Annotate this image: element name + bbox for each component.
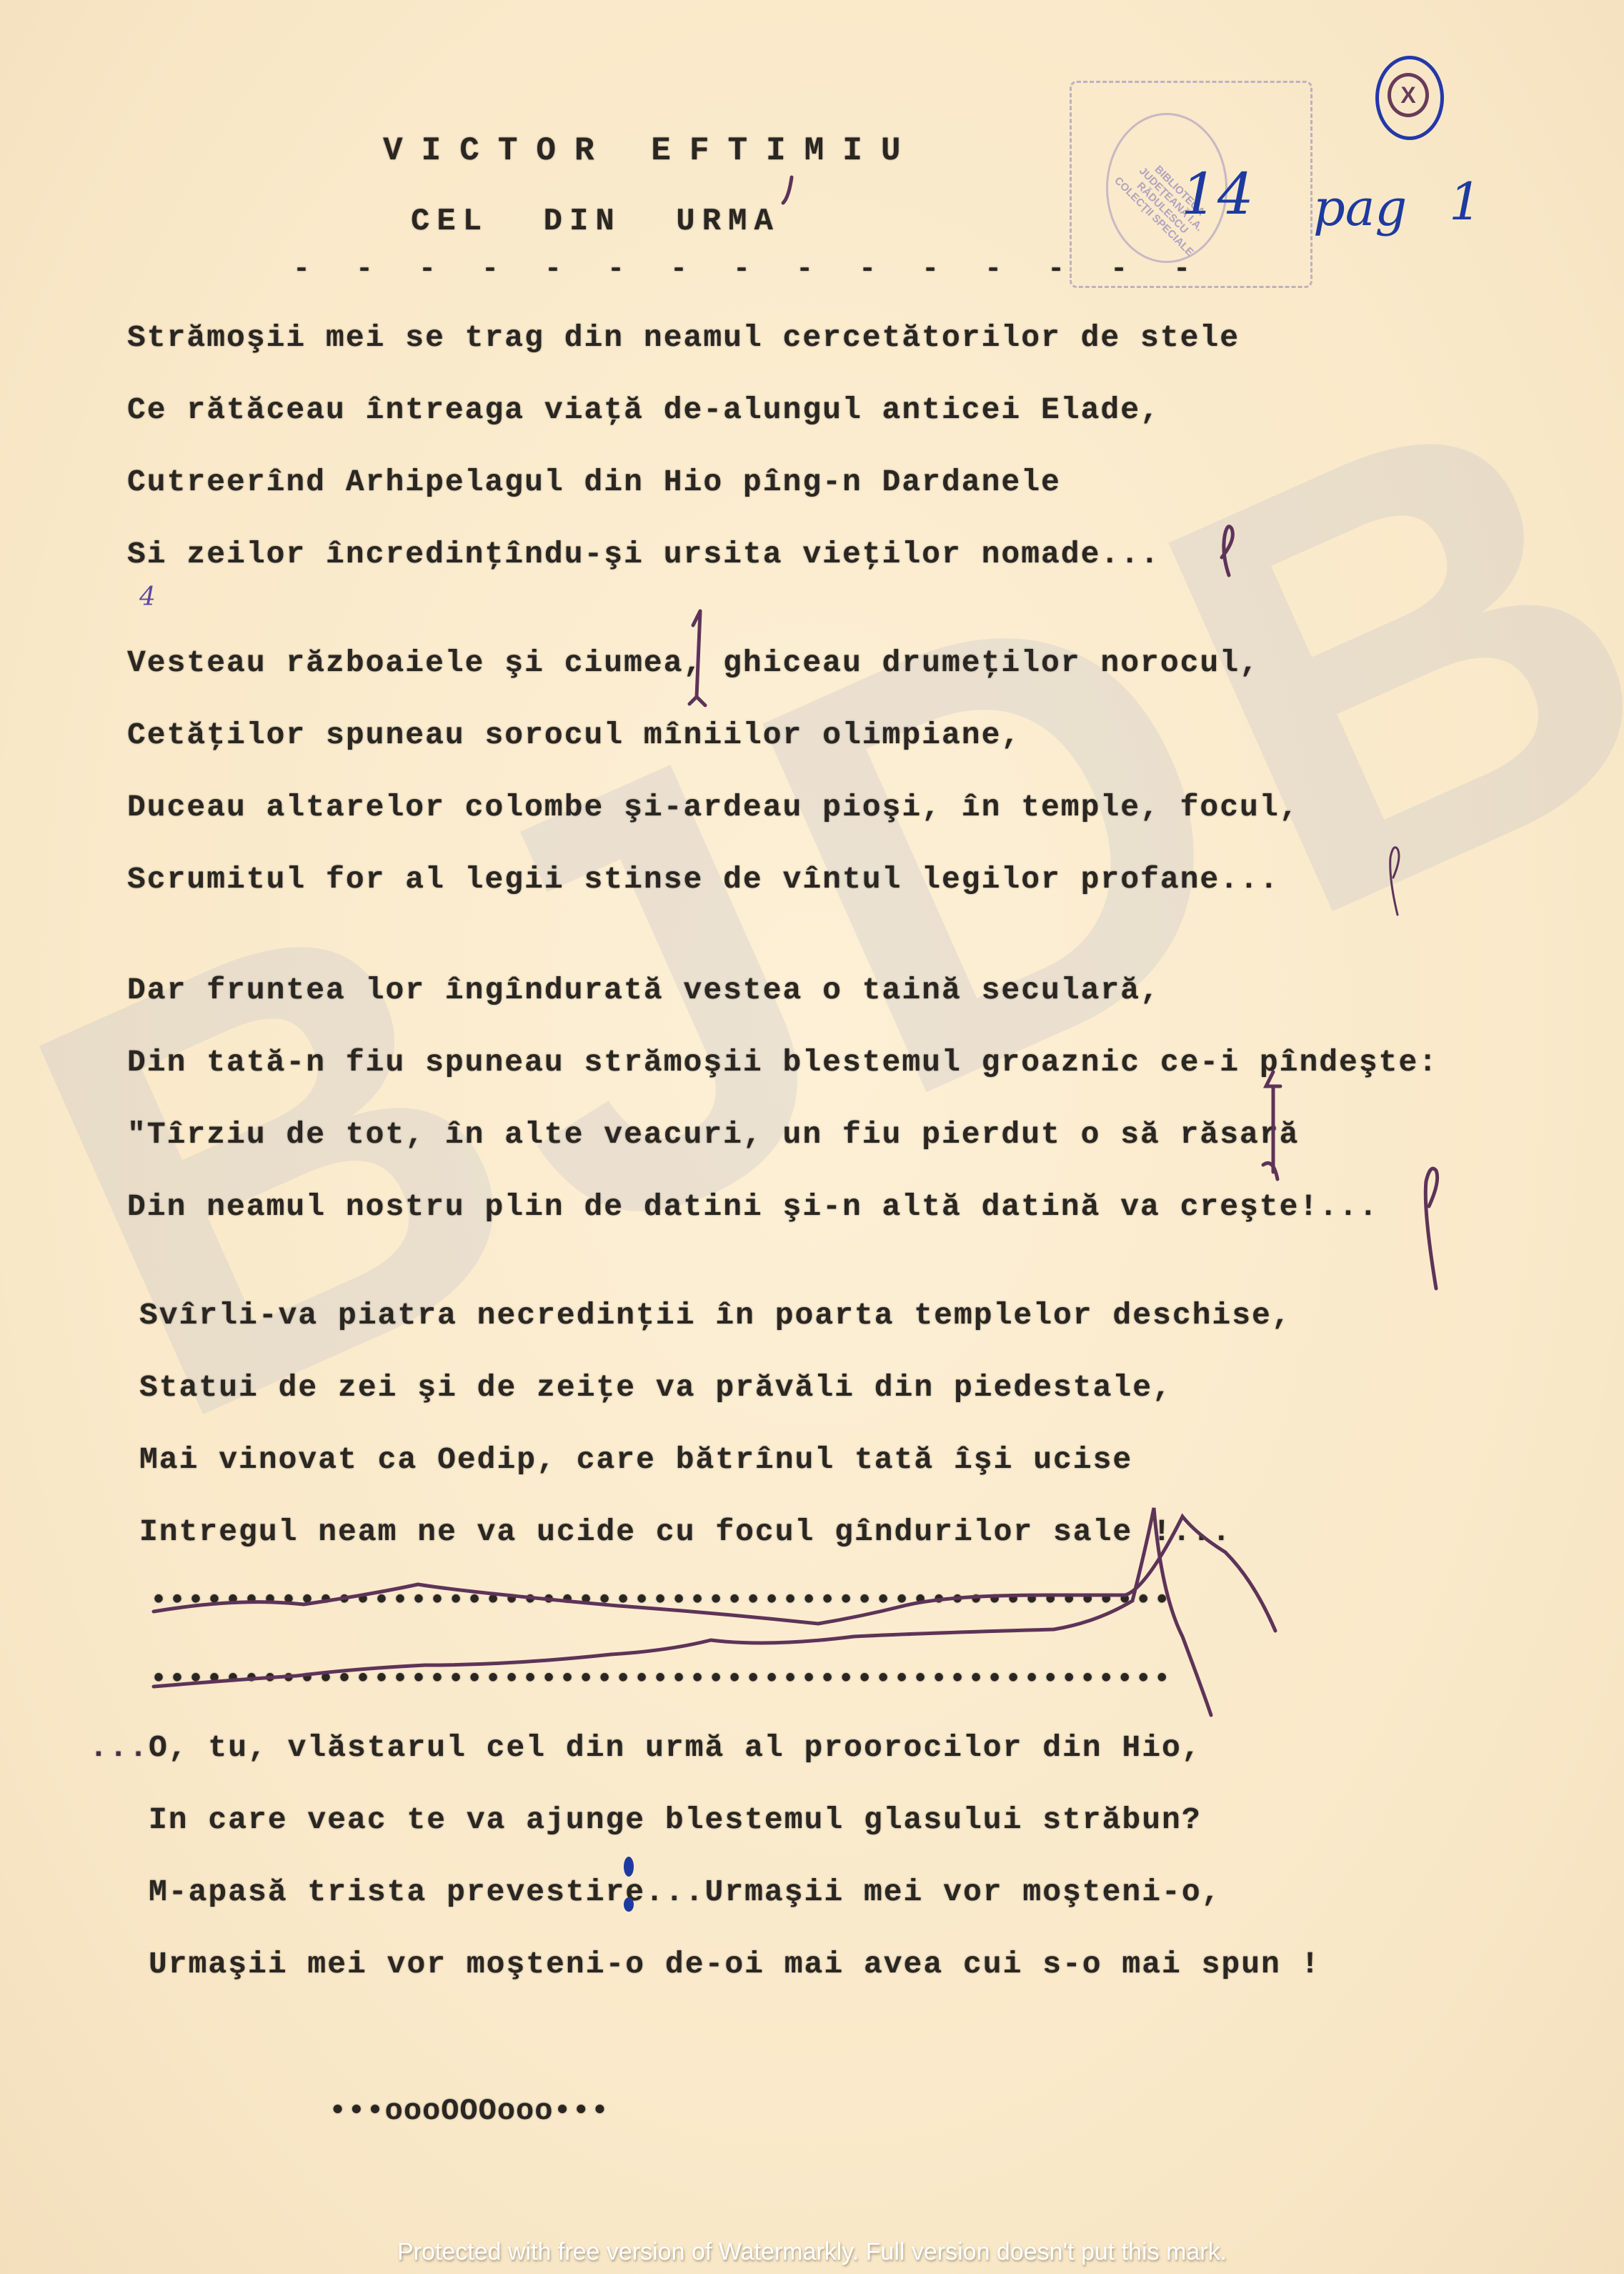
verse-line: Dar fruntea lor îngîndurată vestea o tai… [127,954,1438,1026]
margin-note: 4 [139,582,156,612]
stanza-2: Vesteau războaiele şi ciumea, ghiceau dr… [127,627,1299,915]
verse-line: Cetăţilor spuneau sorocul mîniilor olimp… [127,699,1299,771]
stanza-3: Dar fruntea lor îngîndurată vestea o tai… [127,954,1438,1243]
verse-line: Ce rătăceau întreaga viaţă de-alungul an… [127,374,1240,446]
verse-line: Si zeilor încredinţîndu-şi ursita vieţil… [127,518,1240,590]
verse-line: Strămoşii mei se trag din neamul cercetă… [127,302,1240,374]
verse-line: Cutreerînd Arhipelagul din Hio pîng-n Da… [127,446,1240,518]
verse-line: Din tată-n fiu spuneau strămoşii blestem… [127,1026,1438,1098]
paragraph-mark-icon [1390,848,1399,915]
page-label: pag [1313,179,1407,237]
verse-line: Vesteau războaiele şi ciumea, ghiceau dr… [127,627,1299,699]
verse-line: Intregul neam ne va ucide cu focul gîndu… [139,1496,1292,1568]
verse-line: Svîrli-va piatra necredinţii în poarta t… [139,1279,1292,1351]
page-number: 1 [1449,172,1482,232]
verse-line: Scrumitul for al legii stinse de vîntul … [127,843,1299,915]
circled-x-mark: X [1388,73,1429,117]
verse-line: Statui de zei şi de zeiţe va prăvăli din… [139,1351,1292,1424]
verse-line: "Tîrziu de tot, în alte veacuri, un fiu … [127,1098,1438,1171]
verse-line: M-apasă trista prevestire...Urmaşii mei … [149,1856,1320,1928]
verse-line: Mai vinovat ca Oedip, care bătrînul tată… [139,1424,1292,1496]
verse-line: In care veac te va ajunge blestemul glas… [149,1784,1320,1856]
poem-title: CEL DIN URMA [411,204,780,239]
verse-line: Urmaşii mei vor moşteni-o de-oi mai avea… [149,1928,1320,2000]
stanza-5: O, tu, vlăstarul cel din urmă al prooroc… [149,1712,1320,2000]
folio-number: 14 [1181,161,1254,227]
watermarkly-notice: Protected with free version of Watermark… [0,2238,1624,2266]
end-ornament: •••oooOOOooo••• [329,2094,609,2128]
separator-dots-2: ••••••••••••••••••••••••••••••••••••••••… [150,1664,1172,1696]
stanza-1: Strămoşii mei se trag din neamul cercetă… [127,302,1240,590]
title-underline: - - - - - - - - - - - - - - - [293,254,1205,286]
author-name: VICTOR EFTIMIU [383,132,919,169]
document-page: BJDB BIBLIOTECA JUDEŢEANĂ I.A. RĂDULESCU… [0,0,1624,2274]
separator-dots-1: ••••••••••••••••••••••••••••••••••••••••… [150,1585,1172,1617]
stanza-4: Svîrli-va piatra necredinţii în poarta t… [139,1279,1292,1568]
stanza-5-lead-ellipsis: ... [89,1712,149,1784]
verse-line: O, tu, vlăstarul cel din urmă al prooroc… [149,1712,1320,1784]
verse-line: Duceau altarelor colombe şi-ardeau pioşi… [127,771,1299,843]
check-mark-icon [783,177,792,203]
verse-line: Din neamul nostru plin de datini şi-n al… [127,1171,1438,1243]
